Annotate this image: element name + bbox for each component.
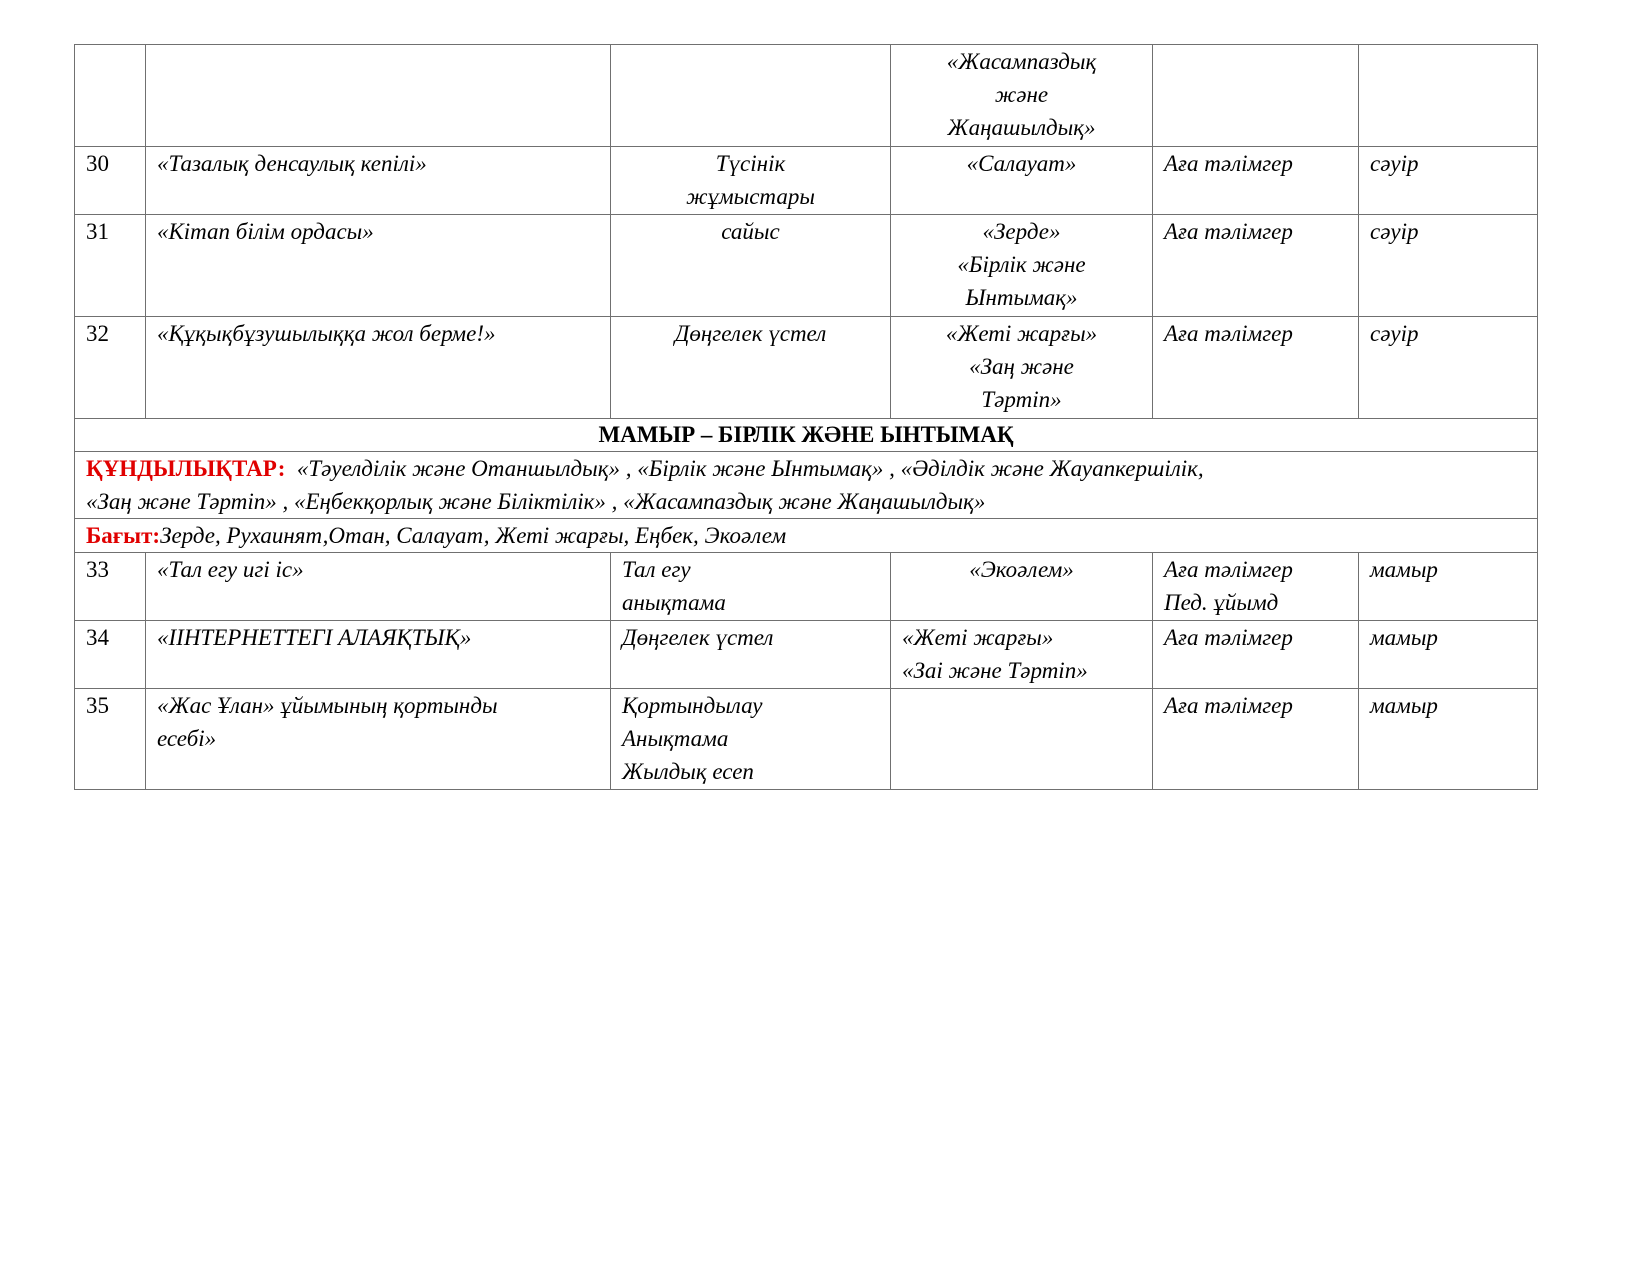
responsible-cell: Аға тәлімгер: [1153, 689, 1359, 790]
values-line: «Заң және: [902, 350, 1141, 383]
row-number-cell: 30: [75, 147, 146, 215]
event-values-cell: «Зерде» «Бірлік және Ынтымақ»: [891, 215, 1153, 317]
event-form-cell: Дөңгелек үстел: [611, 317, 891, 419]
values-line: «Зерде»: [902, 215, 1141, 248]
row-number-cell: 32: [75, 317, 146, 419]
event-values-cell: [891, 689, 1153, 790]
values-line: «Жеті жарғы»: [902, 317, 1141, 350]
event-form-cell: Түсінік жұмыстары: [611, 147, 891, 215]
event-form-cell: сайыс: [611, 215, 891, 317]
event-form-cell: [611, 45, 891, 147]
month-cell: мамыр: [1359, 689, 1538, 790]
title-line: «ІІНТЕРНЕТТЕГІ АЛАЯҚТЫҚ»: [157, 621, 599, 654]
title-line: «Тал егу игі іс»: [157, 553, 599, 586]
responsible-cell: Аға тәлімгер: [1153, 621, 1359, 689]
month-cell: сәуір: [1359, 317, 1538, 419]
event-title-cell: [146, 45, 611, 147]
table-row: 33 «Тал егу игі іс» Тал егу анықтама «Эк…: [75, 553, 1538, 621]
row-number-cell: 31: [75, 215, 146, 317]
month-cell: сәуір: [1359, 147, 1538, 215]
values-line: Жаңашылдық»: [902, 111, 1141, 144]
event-title-cell: «Тазалық денсаулық кепілі»: [146, 147, 611, 215]
form-line: жұмыстары: [622, 180, 879, 213]
form-line: Дөңгелек үстел: [622, 317, 879, 350]
title-line: «Жас Ұлан» ұйымының қортынды: [157, 689, 599, 722]
section-values-row: ҚҰНДЫЛЫҚТАР: «Тәуелділік және Отаншылдық…: [75, 452, 1538, 519]
section-direction-cell: Бағыт:Зерде, Рухаинят,Отан, Салауат, Жет…: [75, 519, 1538, 553]
direction-text: Зерде, Рухаинят,Отан, Салауат, Жеті жарғ…: [160, 523, 786, 548]
values-text: «Тәуелділік және Отаншылдық» , «Бірлік ж…: [297, 456, 1204, 481]
event-values-cell: «Экоәлем»: [891, 553, 1153, 621]
responsible-cell: Аға тәлімгер: [1153, 317, 1359, 419]
section-heading: МАМЫР – БІРЛІК ЖӘНЕ ЫНТЫМАҚ: [75, 419, 1538, 452]
form-line: Тал егу: [622, 553, 879, 586]
responsible-cell: Аға тәлімгер: [1153, 147, 1359, 215]
values-line-2: «Заң және Тәртіп» , «Еңбекқорлық және Бі…: [86, 485, 1526, 518]
values-line: «Жасампаздық: [902, 45, 1141, 78]
form-line: анықтама: [622, 586, 879, 619]
values-line: және: [902, 78, 1141, 111]
direction-label: Бағыт:: [86, 523, 160, 548]
responsible-line: Аға тәлімгер: [1164, 689, 1347, 722]
event-title-cell: «Кітап білім ордасы»: [146, 215, 611, 317]
table-row: 34 «ІІНТЕРНЕТТЕГІ АЛАЯҚТЫҚ» Дөңгелек үст…: [75, 621, 1538, 689]
event-values-cell: «Жеті жарғы» «Заң және Тәртіп»: [891, 317, 1153, 419]
row-number-cell: 33: [75, 553, 146, 621]
table-row-continued: «Жасампаздық және Жаңашылдық»: [75, 45, 1538, 147]
responsible-line: Аға тәлімгер: [1164, 553, 1347, 586]
values-line: Ынтымақ»: [902, 281, 1141, 314]
form-line: Түсінік: [622, 147, 879, 180]
section-values-cell: ҚҰНДЫЛЫҚТАР: «Тәуелділік және Отаншылдық…: [75, 452, 1538, 519]
event-title-cell: «Тал егу игі іс»: [146, 553, 611, 621]
values-line: Тәртіп»: [902, 383, 1141, 416]
values-label: ҚҰНДЫЛЫҚТАР:: [86, 456, 285, 481]
event-title-cell: «ІІНТЕРНЕТТЕГІ АЛАЯҚТЫҚ»: [146, 621, 611, 689]
responsible-cell: Аға тәлімгер: [1153, 215, 1359, 317]
month-cell: сәуір: [1359, 215, 1538, 317]
event-values-cell: «Жасампаздық және Жаңашылдық»: [891, 45, 1153, 147]
form-line: Жылдық есеп: [622, 755, 879, 788]
month-cell: мамыр: [1359, 553, 1538, 621]
event-form-cell: Қортындылау Анықтама Жылдық есеп: [611, 689, 891, 790]
activity-plan-table: «Жасампаздық және Жаңашылдық» 30 «Тазалы…: [74, 44, 1538, 790]
event-title-cell: «Жас Ұлан» ұйымының қортынды есебі»: [146, 689, 611, 790]
month-cell: мамыр: [1359, 621, 1538, 689]
values-line: «Бірлік және: [902, 248, 1141, 281]
event-values-cell: «Салауат»: [891, 147, 1153, 215]
values-line: «Салауат»: [902, 147, 1141, 180]
table-row: 30 «Тазалық денсаулық кепілі» Түсінік жұ…: [75, 147, 1538, 215]
values-line-1: ҚҰНДЫЛЫҚТАР: «Тәуелділік және Отаншылдық…: [86, 452, 1526, 485]
values-line: «Экоәлем»: [902, 553, 1141, 586]
row-number-cell: [75, 45, 146, 147]
row-number-cell: 35: [75, 689, 146, 790]
form-line: Қортындылау: [622, 689, 879, 722]
row-number-cell: 34: [75, 621, 146, 689]
responsible-line: Аға тәлімгер: [1164, 621, 1347, 654]
month-cell: [1359, 45, 1538, 147]
section-heading-row: МАМЫР – БІРЛІК ЖӘНЕ ЫНТЫМАҚ: [75, 419, 1538, 452]
event-form-cell: Дөңгелек үстел: [611, 621, 891, 689]
event-form-cell: Тал егу анықтама: [611, 553, 891, 621]
responsible-cell: [1153, 45, 1359, 147]
table-row: 35 «Жас Ұлан» ұйымының қортынды есебі» Қ…: [75, 689, 1538, 790]
form-line: Дөңгелек үстел: [622, 621, 879, 654]
event-values-cell: «Жеті жарғы» «Заі және Тәртіп»: [891, 621, 1153, 689]
responsible-line: Пед. ұйымд: [1164, 586, 1347, 619]
section-direction-row: Бағыт:Зерде, Рухаинят,Отан, Салауат, Жет…: [75, 519, 1538, 553]
form-line: сайыс: [622, 215, 879, 248]
table-row: 32 «Құқықбұзушылыққа жол берме!» Дөңгеле…: [75, 317, 1538, 419]
event-title-cell: «Құқықбұзушылыққа жол берме!»: [146, 317, 611, 419]
values-line: «Заі және Тәртіп»: [902, 654, 1141, 687]
responsible-cell: Аға тәлімгер Пед. ұйымд: [1153, 553, 1359, 621]
form-line: Анықтама: [622, 722, 879, 755]
table-row: 31 «Кітап білім ордасы» сайыс «Зерде» «Б…: [75, 215, 1538, 317]
values-line: «Жеті жарғы»: [902, 621, 1141, 654]
title-line: есебі»: [157, 722, 599, 755]
